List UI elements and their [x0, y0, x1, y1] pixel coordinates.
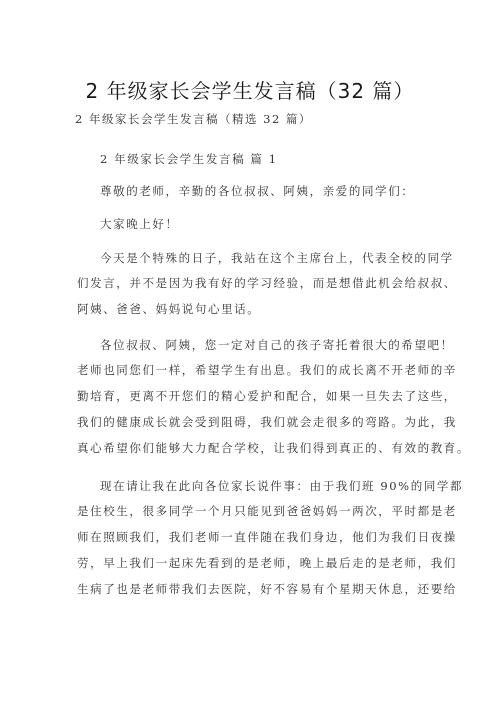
paragraph-line: 今天是个特殊的日子，我站在这个主席台上，代表全校的同学 [100, 250, 454, 266]
paragraph-line: 们发言，并不是因为我有好的学习经验，而是想借此机会给叔叔、 [77, 275, 457, 291]
paragraph-line: 是住校生，很多同学一个月只能见到爸爸妈妈一两次，平时都是老 [77, 503, 457, 519]
paragraph-line: 各位叔叔、阿姨，您一定对自己的孩子寄托着很大的希望吧！ [100, 337, 454, 353]
paragraph-line: 尊敬的老师，辛勤的各位叔叔、阿姨，亲爱的同学们： [100, 183, 414, 199]
paragraph-line: 阿姨、爸爸、妈妈说句心里话。 [77, 301, 260, 317]
document-title: 2 年级家长会学生发言稿（32 篇） [0, 78, 500, 104]
document-page: 2 年级家长会学生发言稿（32 篇） 2 年级家长会学生发言稿（精选 32 篇）… [0, 0, 500, 707]
section-heading: 2 年级家长会学生发言稿 篇 1 [100, 151, 278, 167]
paragraph-line: 生病了也是老师带我们去医院，好不容易有个星期天休息，还要给 [77, 581, 457, 597]
paragraph-line: 真心希望你们能够大力配合学校，让我们得到真正的、有效的教育。 [77, 440, 470, 456]
paragraph-line: 勤培育，更离不开您们的精心爱护和配合，如果一旦失去了这些， [77, 388, 457, 404]
document-subtitle: 2 年级家长会学生发言稿（精选 32 篇） [75, 111, 312, 127]
paragraph-line: 大家晚上好！ [100, 216, 179, 232]
paragraph-line: 师在照顾我们，我们老师一直伴随在我们身边，他们为我们日夜操 [77, 529, 457, 545]
paragraph-line: 我们的健康成长就会受到阻碍，我们就会走很多的弯路。为此，我 [77, 414, 457, 430]
paragraph-line: 现在请让我在此向各位家长说件事：由于我们班 90%的同学都 [100, 478, 463, 494]
paragraph-line: 劳，早上我们一起床先看到的是老师，晚上最后走的是老师，我们 [77, 555, 457, 571]
paragraph-line: 老师也同您们一样，希望学生有出息。我们的成长离不开老师的辛 [77, 362, 457, 378]
